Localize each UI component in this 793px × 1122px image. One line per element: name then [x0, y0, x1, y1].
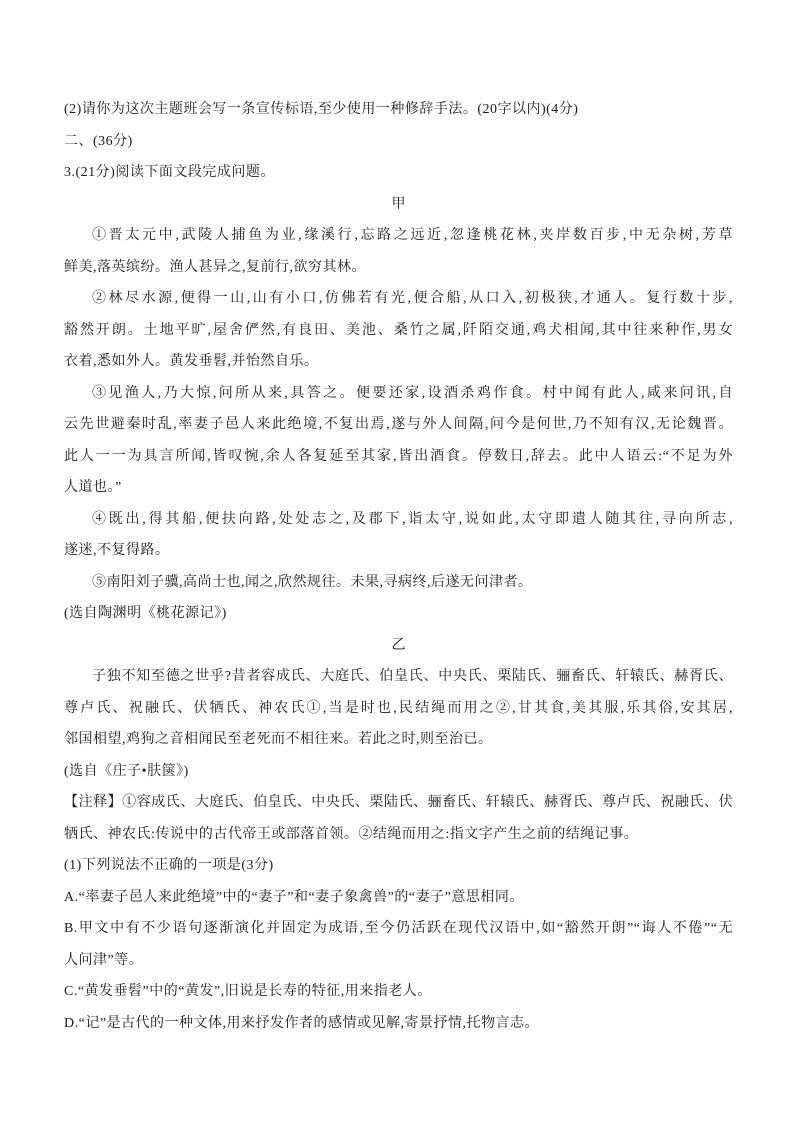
passage-jia-para2-line3: 衣着,悉如外人。黄发垂髫,并怡然自乐。 — [64, 346, 733, 378]
passage-jia-para4-line1: ④既出,得其船,便扶向路,处处志之,及郡下,诣太守,说如此,太守即遣人随其往,寻… — [64, 504, 733, 536]
passage-yi-line1: 子独不知至德之世乎?昔者容成氏、大庭氏、伯皇氏、中央氏、栗陆氏、骊畜氏、轩辕氏、… — [64, 661, 733, 693]
option-c: C.“黄发垂髫”中的“黄发”,旧说是长寿的特征,用来指老人。 — [64, 976, 733, 1008]
passage-jia-para2-line2: 豁然开朗。土地平旷,屋舍俨然,有良田、美池、桑竹之属,阡陌交通,鸡犬相闻,其中往… — [64, 315, 733, 347]
passage-jia-para3-line3: 此人一一为具言所闻,皆叹惋,余人各复延至其家,皆出酒食。停数日,辞去。此中人语云… — [64, 441, 733, 473]
question-2-prompt: (2)请你为这次主题班会写一条宣传标语,至少使用一种修辞手法。(20字以内)(4… — [64, 94, 733, 126]
exam-page: (2)请你为这次主题班会写一条宣传标语,至少使用一种修辞手法。(20字以内)(4… — [0, 0, 793, 1122]
passage-jia-para4-line2: 遂迷,不复得路。 — [64, 535, 733, 567]
document-body: (2)请你为这次主题班会写一条宣传标语,至少使用一种修辞手法。(20字以内)(4… — [64, 94, 733, 1039]
passage-jia-para5: ⑤南阳刘子骥,高尚士也,闻之,欣然规往。未果,寻病终,后遂无问津者。 — [64, 567, 733, 599]
notes-line2: 牺氏、神农氏:传说中的古代帝王或部落首领。②结绳而用之:指文字产生之前的结绳记事… — [64, 819, 733, 851]
notes-line1: 【注释】①容成氏、大庭氏、伯皇氏、中央氏、栗陆氏、骊畜氏、轩辕氏、赫胥氏、尊卢氏… — [64, 787, 733, 819]
section-2-heading: 二、(36分) — [64, 126, 733, 158]
passage-label-jia: 甲 — [64, 189, 733, 221]
passage-yi-source: (选自《庄子•肤箧》) — [64, 756, 733, 788]
option-a: A.“率妻子邑人来此绝境”中的“妻子”和“妻子象禽兽”的“妻子”意思相同。 — [64, 882, 733, 914]
passage-jia-para3-line1: ③见渔人,乃大惊,问所从来,具答之。便要还家,设酒杀鸡作食。村中闻有此人,咸来问… — [64, 378, 733, 410]
passage-yi-line2: 尊卢氏、祝融氏、伏牺氏、神农氏①,当是时也,民结绳而用之②,甘其食,美其服,乐其… — [64, 693, 733, 725]
subquestion-1-prompt: (1)下列说法不正确的一项是(3分) — [64, 850, 733, 882]
passage-jia-para3-line2: 云先世避秦时乱,率妻子邑人来此绝境,不复出焉,遂与外人间隔,问今是何世,乃不知有… — [64, 409, 733, 441]
passage-yi-line3: 邻国相望,鸡狗之音相闻民至老死而不相往来。若此之时,则至治已。 — [64, 724, 733, 756]
option-b-line1: B.甲文中有不少语句逐渐演化并固定为成语,至今仍活跃在现代汉语中,如“豁然开朗”… — [64, 913, 733, 945]
passage-jia-para1-line1: ①晋太元中,武陵人捕鱼为业,缘溪行,忘路之远近,忽逢桃花林,夹岸数百步,中无杂树… — [64, 220, 733, 252]
passage-jia-source: (选自陶渊明《桃花源记》) — [64, 598, 733, 630]
passage-jia-para2-line1: ②林尽水源,便得一山,山有小口,仿佛若有光,便合船,从口入,初极狭,才通人。复行… — [64, 283, 733, 315]
option-b-line2: 人问津”等。 — [64, 945, 733, 977]
option-d: D.“记”是古代的一种文体,用来抒发作者的感情或见解,寄景抒情,托物言志。 — [64, 1008, 733, 1040]
passage-jia-para3-line4: 人道也。” — [64, 472, 733, 504]
question-3-heading: 3.(21分)阅读下面文段完成问题。 — [64, 157, 733, 189]
passage-label-yi: 乙 — [64, 630, 733, 662]
passage-jia-para1-line2: 鲜美,落英缤纷。渔人甚异之,复前行,欲穷其林。 — [64, 252, 733, 284]
